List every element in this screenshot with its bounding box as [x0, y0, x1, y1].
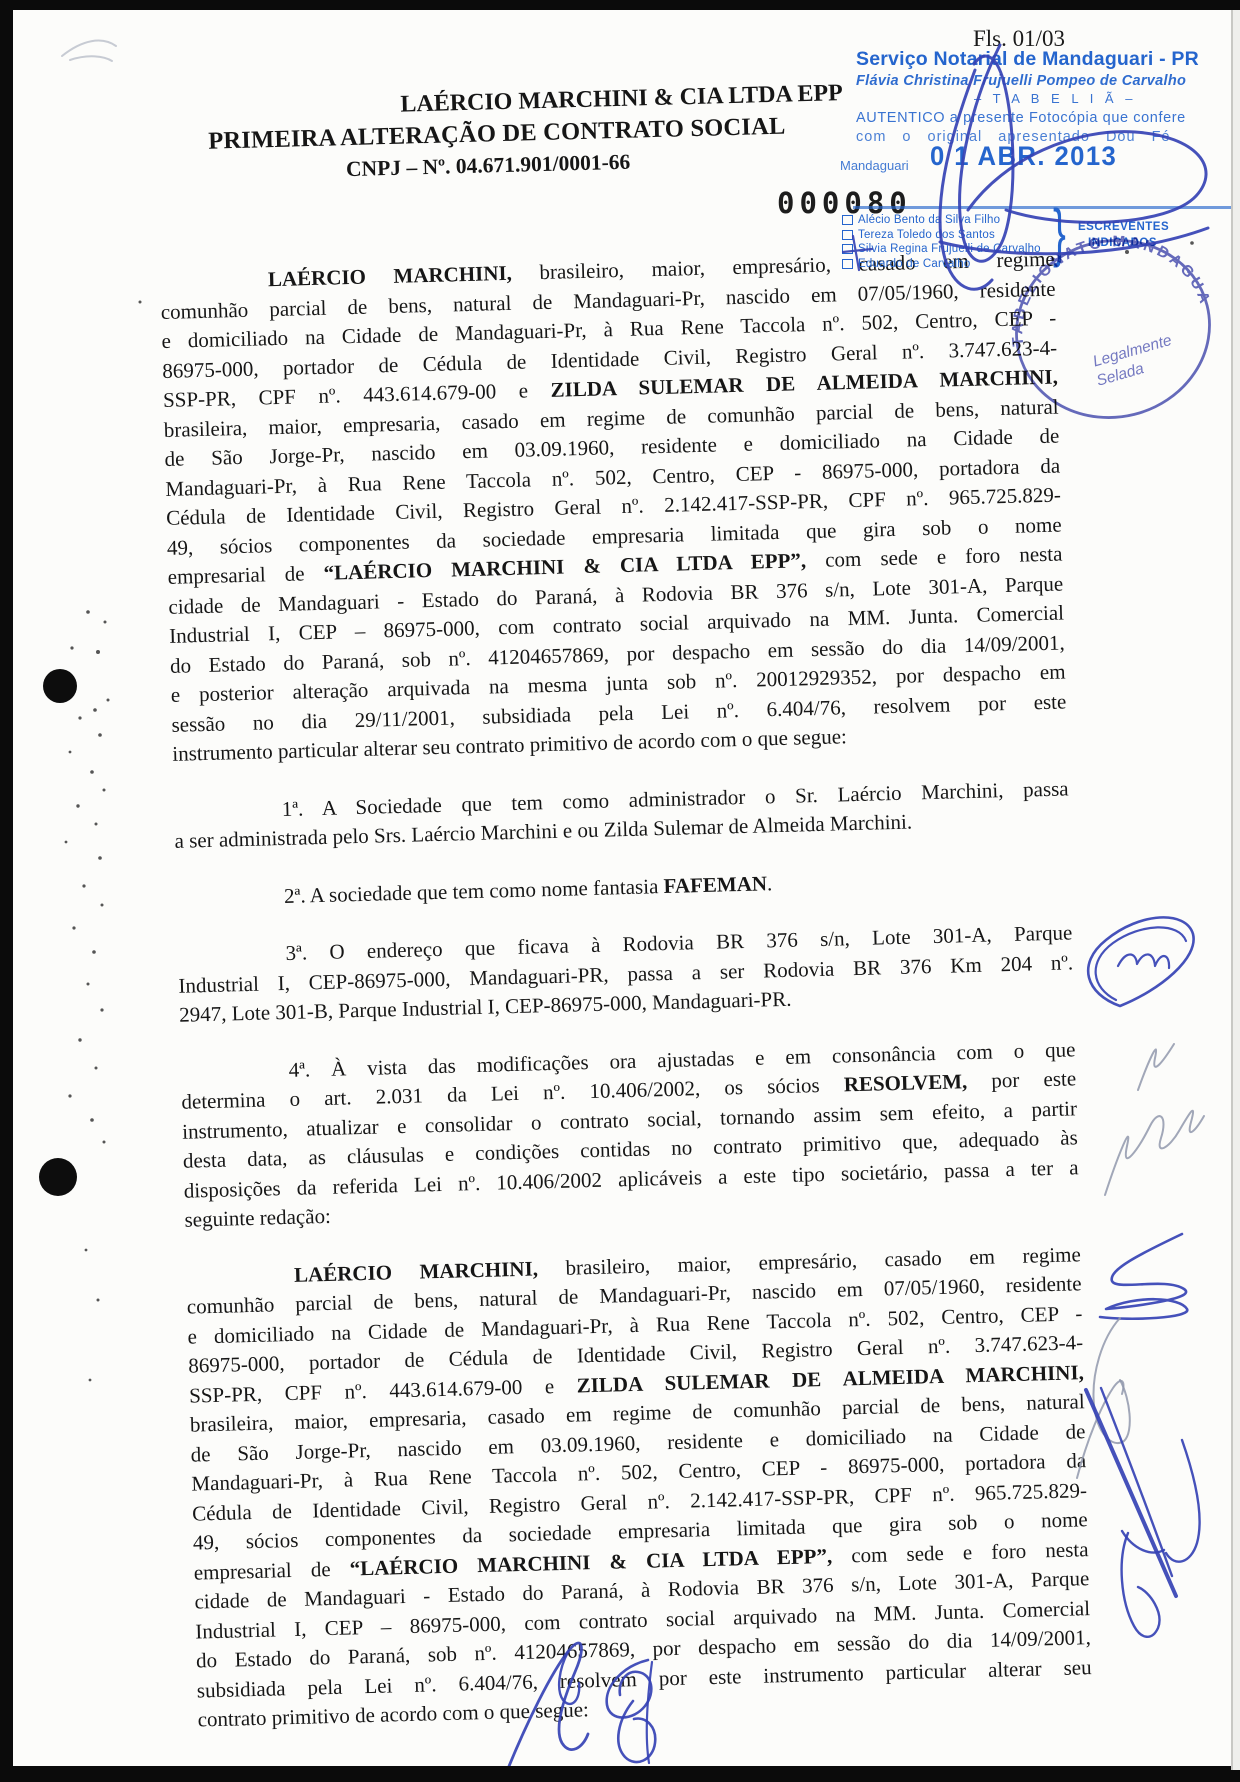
contract-body: LAÉRCIO MARCHINI, brasileiro, maior, emp…	[160, 245, 1093, 1735]
checkbox-icon	[842, 230, 853, 240]
seal-ring	[1008, 232, 1218, 427]
clerk-name: Alécio Bento da Silva Filho	[858, 214, 1000, 226]
notary-stamp: Serviço Notarial de Mandaguari - PR Fláv…	[856, 48, 1199, 145]
checkbox-icon	[842, 259, 853, 269]
clerk-name: Tereza Toledo dos Santos	[858, 229, 995, 241]
checkbox-icon	[842, 244, 853, 254]
certification-line-1: AUTENTICO a presente Fotocópia que confe…	[856, 110, 1199, 126]
signature-long-strokes	[1086, 1388, 1200, 1637]
notary-name: Flávia Christina Frujuelli Pompeo de Car…	[856, 73, 1199, 89]
hole-punch	[39, 669, 77, 1196]
pencil-mark	[62, 41, 116, 61]
stamp-divider-line	[853, 206, 1235, 209]
paragraph: 2ª. A sociedade que tem como nome fantas…	[176, 861, 1071, 914]
svg-text:TABELIONATO MANDAGUARI: TABELIONATO MANDAGUARI	[1008, 232, 1214, 356]
scan-edge-top	[0, 0, 1240, 10]
text-line: 2ª. A sociedade que tem como nome fantas…	[176, 861, 1071, 914]
scanned-document-page: Fls. 01/03 LAÉRCIO MARCHINI & CIA LTDA E…	[0, 0, 1240, 1782]
stamp-city: Mandaguari	[840, 158, 909, 173]
paper-right-edge	[1231, 10, 1233, 1770]
notary-role-label: – T A B E L I Ã –	[974, 91, 1199, 106]
checkbox-icon	[842, 215, 853, 225]
notary-office-name: Serviço Notarial de Mandaguari - PR	[856, 48, 1199, 71]
clerk-name: Eduardo de Carvalho	[858, 258, 970, 270]
scan-edge-left	[0, 0, 13, 1782]
notary-round-seal: TABELIONATO MANDAGUARI Legalmente Selada	[1008, 232, 1218, 427]
signature-zigzag	[1100, 1234, 1187, 1319]
clerk-row: Alécio Bento da Silva Filho	[842, 213, 1041, 228]
seal-ring-text: TABELIONATO MANDAGUARI	[1008, 232, 1214, 356]
date-stamp: 0 1 ABR. 2013	[930, 141, 1117, 172]
signature-pencil-script	[1105, 1044, 1204, 1195]
signature-oval	[1088, 917, 1193, 1006]
paper-right-margin	[1233, 10, 1240, 1770]
document-text-block: LAÉRCIO MARCHINI & CIA LTDA EPP PRIMEIRA…	[155, 73, 1093, 1735]
paragraph: 4ª. À vista das modificações ora ajustad…	[180, 1035, 1079, 1235]
paragraph: LAÉRCIO MARCHINI, brasileiro, maior, emp…	[160, 245, 1068, 770]
paragraph: LAÉRCIO MARCHINI, brasileiro, maior, emp…	[186, 1240, 1093, 1735]
paragraph: 3ª. O endereço que ficava à Rodovia BR 3…	[177, 918, 1074, 1030]
scan-edge-bottom	[0, 1766, 1240, 1782]
paragraph: 1ª. A Sociedade que tem como administrad…	[173, 774, 1069, 856]
